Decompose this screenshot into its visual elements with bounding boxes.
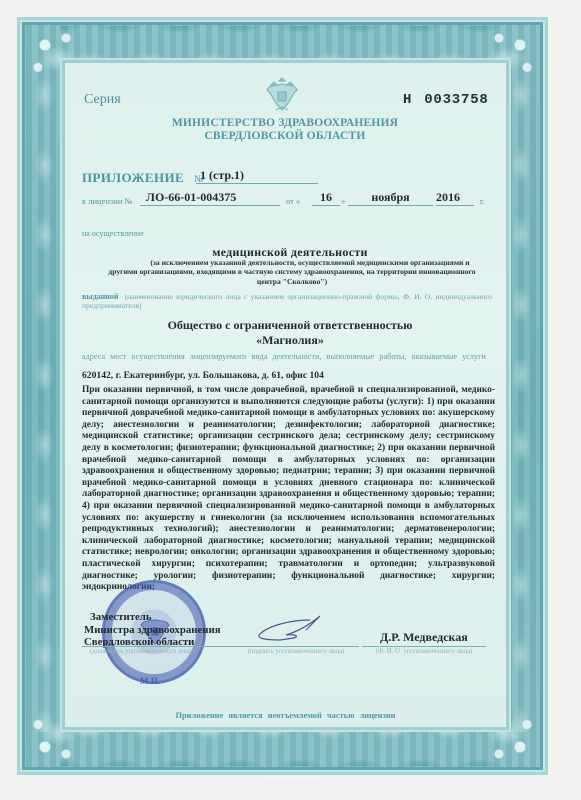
organization-line-1: Общество с ограниченной ответственностью <box>90 318 490 333</box>
signature-caption: (подпись уполномоченного лица) <box>233 648 359 655</box>
year-suffix: г. <box>480 196 485 206</box>
issuing-authority: МИНИСТЕРСТВО ЗДРАВООХРАНЕНИЯ СВЕРДЛОВСКО… <box>120 117 450 143</box>
border-band-top <box>60 26 505 62</box>
signature-rule <box>233 646 359 647</box>
quote-close: » <box>341 196 345 206</box>
coat-of-arms-icon <box>264 74 300 114</box>
activity-note-line-1: (за исключением указанной деятельности, … <box>88 258 496 267</box>
license-number: ЛО-66-01-004375 <box>140 190 280 206</box>
position-line-2: Министра здравоохранения <box>84 624 221 637</box>
issued-caption: (наименование юридического лица с указан… <box>82 292 492 310</box>
position-caption: (должность уполномоченного лица) <box>90 648 194 655</box>
name-caption: (Ф. И. О. уполномоченного лица) <box>362 648 486 655</box>
position-line-1: Заместитель <box>84 611 221 624</box>
services-list: При оказании первичной, в том числе довр… <box>82 385 495 594</box>
series-digits: 0033758 <box>424 92 488 108</box>
organization-line-2: «Магнолия» <box>90 333 490 348</box>
address-label: адреса мест осуществления лицензируемого… <box>82 352 492 361</box>
activity-note: (за исключением указанной деятельности, … <box>88 258 496 286</box>
appendix-label: ПРИЛОЖЕНИЕ <box>82 170 184 185</box>
seal-label: М.П. <box>140 676 160 686</box>
series-number: Н0033758 <box>403 92 489 108</box>
ministry-line-2: СВЕРДЛОВСКОЙ ОБЛАСТИ <box>120 130 450 143</box>
appendix-heading: ПРИЛОЖЕНИЕ№ <box>82 170 204 186</box>
address-value: 620142, г. Екатеринбург, ул. Большакова,… <box>82 370 324 381</box>
license-year: 2016 <box>436 190 474 206</box>
activity-note-line-2: другими организациями, входящими в частн… <box>88 267 496 276</box>
date-from-label: от « <box>286 196 300 206</box>
border-band-left <box>26 60 62 732</box>
license-day: 16 <box>312 190 340 206</box>
signatory-name: Д.Р. Медведская <box>380 630 468 645</box>
name-rule <box>362 646 486 647</box>
organization-name: Общество с ограниченной ответственностью… <box>90 318 490 348</box>
footer-note: Приложение является неотъемлемой частью … <box>60 711 511 720</box>
ministry-line-1: МИНИСТЕРСТВО ЗДРАВООХРАНЕНИЯ <box>120 117 450 130</box>
border-band-bottom <box>60 730 505 766</box>
series-label: Серия <box>84 92 121 108</box>
issued-to-caption: выданной(наименование юридического лица … <box>82 292 492 310</box>
appendix-number: 1 (стр.1) <box>196 168 318 184</box>
license-month: ноября <box>348 190 433 206</box>
handwritten-signature-icon <box>250 612 340 644</box>
activity-label: на осуществление <box>82 229 144 238</box>
issued-label: выданной <box>82 292 118 301</box>
printer-imprint: ········································… <box>0 781 581 785</box>
position-rule <box>82 646 234 647</box>
license-label: к лицензии № <box>82 196 133 206</box>
signatory-position: Заместитель Министра здравоохранения Све… <box>84 611 221 649</box>
series-prefix: Н <box>403 92 412 108</box>
activity-note-line-3: центра "Сколково") <box>88 277 496 286</box>
